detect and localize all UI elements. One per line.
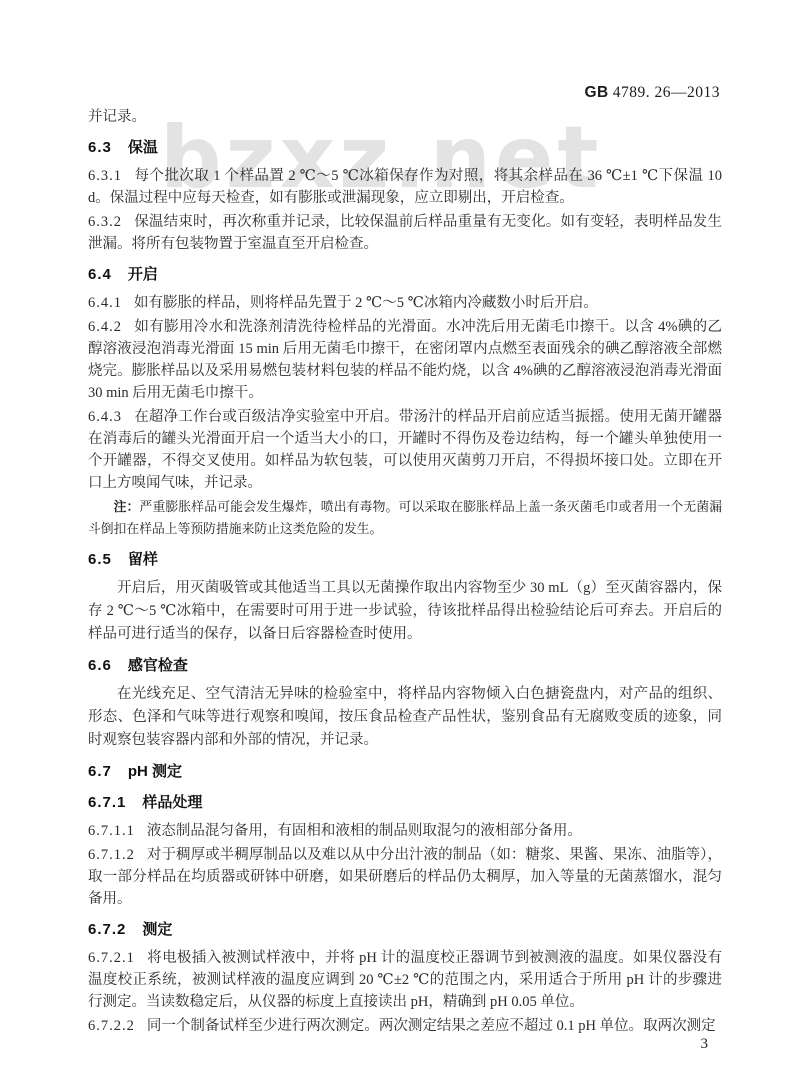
subsection-number: 6.7.2 [88,921,126,938]
clause-text: 液态制品混匀备用，有固相和液相的制品则取混匀的液相部分备用。 [147,823,582,839]
clause-6-4-2: 6.4.2如有膨用冷水和洗涤剂清洗待检样品的光滑面。水冲洗后用无菌毛巾擦干。以含… [88,316,722,404]
subsection-title: 测定 [142,921,172,938]
clause-6-3-1: 6.3.1每个批次取 1 个样品置 2 ℃～5 ℃冰箱保存作为对照，将其余样品在… [88,165,722,209]
subsection-heading-6-7-2: 6.7.2测定 [88,919,722,941]
paragraph-6-6-body: 在光线充足、空气清洁无异味的检验室中，将样品内容物倾入白色搪瓷盘内，对产品的组织… [88,683,722,752]
clause-number: 6.4.3 [88,409,122,425]
subsection-number: 6.7.1 [88,794,126,811]
clause-number: 6.7.2.1 [88,950,135,966]
clause-number: 6.4.2 [88,319,122,335]
note-warning: 注：严重膨胀样品可能会发生爆炸，喷出有毒物。可以采取在膨胀样品上盖一条灭菌毛巾或… [88,496,722,540]
section-heading-6-5: 6.5留样 [88,549,722,571]
section-number: 6.4 [88,266,112,283]
note-text: 严重膨胀样品可能会发生爆炸，喷出有毒物。可以采取在膨胀样品上盖一条灭菌毛巾或者用… [88,500,722,536]
subsection-heading-6-7-1: 6.7.1样品处理 [88,792,722,814]
section-title: 感官检查 [128,657,188,674]
clause-6-7-1-2: 6.7.1.2对于稠厚或半稠厚制品以及难以从中分出汁液的制品（如：糖浆、果酱、果… [88,844,722,910]
section-number: 6.6 [88,657,112,674]
section-heading-6-3: 6.3保温 [88,137,722,159]
standard-prefix: GB [585,84,609,101]
clause-text: 同一个制备试样至少进行两次测定。两次测定结果之差应不超过 0.1 pH 单位。取… [147,1018,716,1034]
paragraph-6-5-body: 开启后，用灭菌吸管或其他适当工具以无菌操作取出内容物至少 30 mL（g）至灭菌… [88,577,722,646]
clause-text: 如有膨用冷水和洗涤剂清洗待检样品的光滑面。水冲洗后用无菌毛巾擦干。以含 4%碘的… [88,319,722,401]
section-title: 保温 [128,139,158,156]
clause-number: 6.7.2.2 [88,1018,135,1034]
clause-text: 如有膨胀的样品，则将样品先置于 2 ℃～5 ℃冰箱内冷藏数小时后开启。 [134,295,598,311]
note-label: 注： [114,500,140,514]
clause-6-7-1-1: 6.7.1.1液态制品混匀备用，有固相和液相的制品则取混匀的液相部分备用。 [88,820,722,842]
clause-6-7-2-2: 6.7.2.2同一个制备试样至少进行两次测定。两次测定结果之差应不超过 0.1 … [88,1015,722,1037]
clause-number: 6.7.1.1 [88,823,135,839]
clause-number: 6.7.1.2 [88,847,135,863]
clause-number: 6.3.2 [88,214,122,230]
clause-text: 保温结束时，再次称重并记录，比较保温前后样品重量有无变化。如有变轻，表明样品发生… [88,214,722,252]
standard-code: 4789. 26—2013 [613,84,720,101]
section-number: 6.7 [88,763,112,780]
clause-text: 在超净工作台或百级洁净实验室中开启。带汤汁的样品开启前应适当振摇。使用无菌开罐器… [88,409,722,491]
document-body: 并记录。 6.3保温 6.3.1每个批次取 1 个样品置 2 ℃～5 ℃冰箱保存… [88,106,722,1039]
clause-text: 对于稠厚或半稠厚制品以及难以从中分出汁液的制品（如：糖浆、果酱、果冻、油脂等），… [88,847,722,907]
standard-number-header: GB4789. 26—2013 [585,84,721,102]
paragraph-continuation: 并记录。 [88,106,722,128]
section-number: 6.5 [88,551,112,568]
clause-6-4-1: 6.4.1如有膨胀的样品，则将样品先置于 2 ℃～5 ℃冰箱内冷藏数小时后开启。 [88,292,722,314]
section-title: 开启 [128,266,158,283]
section-number: 6.3 [88,139,112,156]
subsection-title: 样品处理 [142,794,202,811]
clause-6-3-2: 6.3.2保温结束时，再次称重并记录，比较保温前后样品重量有无变化。如有变轻，表… [88,211,722,255]
document-page: bzxz.net GB4789. 26—2013 并记录。 6.3保温 6.3.… [0,0,800,1090]
clause-6-7-2-1: 6.7.2.1将电极插入被测试样液中，并将 pH 计的温度校正器调节到被测液的温… [88,947,722,1013]
clause-text: 将电极插入被测试样液中，并将 pH 计的温度校正器调节到被测液的温度。如果仪器没… [88,950,722,1010]
section-title: 留样 [128,551,158,568]
section-title: pH 测定 [128,763,182,780]
section-heading-6-7: 6.7pH 测定 [88,761,722,783]
clause-number: 6.3.1 [88,168,122,184]
clause-number: 6.4.1 [88,295,122,311]
section-heading-6-6: 6.6感官检查 [88,655,722,677]
clause-6-4-3: 6.4.3在超净工作台或百级洁净实验室中开启。带汤汁的样品开启前应适当振摇。使用… [88,406,722,494]
clause-text: 每个批次取 1 个样品置 2 ℃～5 ℃冰箱保存作为对照，将其余样品在 36 ℃… [88,168,722,206]
section-heading-6-4: 6.4开启 [88,264,722,286]
page-number: 3 [701,1036,709,1053]
